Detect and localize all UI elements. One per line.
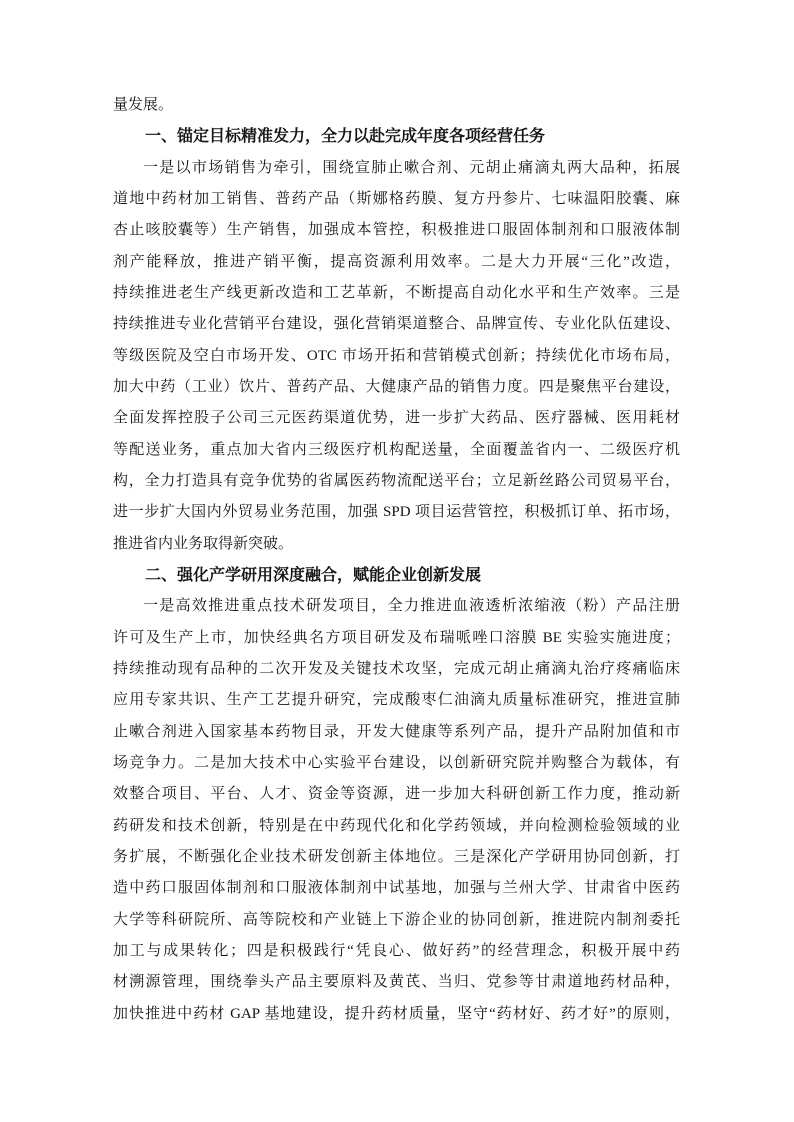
text-line: 构，全力打造具有竞争优势的省属医药物流配送平台；立足新丝路公司贸易平台， [113,466,680,497]
text-line: 止嗽合剂进入国家基本药物目录，开发大健康等系列产品，提升产品附加值和市 [113,717,680,748]
text-line: 推进省内业务取得新突破。 [113,529,680,560]
text-line: 全面发挥控股子公司三元医药渠道优势，进一步扩大药品、医疗器械、医用耗材 [113,403,680,434]
text-line: 效整合项目、平台、人才、资金等资源，进一步加大科研创新工作力度，推动新 [113,779,680,810]
text-line: 造中药口服固体制剂和口服液体制剂中试基地，加强与兰州大学、甘肃省中医药 [113,873,680,904]
section-heading-1: 一、锚定目标精准发力，全力以赴完成年度各项经营任务 [113,121,680,152]
text-line: 持续推动现有品种的二次开发及关键技术攻坚，完成元胡止痛滴丸治疗疼痛临床 [113,654,680,685]
text-line: 材溯源管理，围绕拳头产品主要原料及黄芪、当归、党参等甘肃道地药材品种， [113,967,680,998]
text-line: 大学等科研院所、高等院校和产业链上下游企业的协同创新，推进院内制剂委托 [113,905,680,936]
text-line: 应用专家共识、生产工艺提升研究，完成酸枣仁油滴丸质量标准研究，推进宣肺 [113,685,680,716]
text-line: 许可及生产上市，加快经典名方项目研发及布瑞哌唑口溶膜 BE 实验实施进度； [113,623,680,654]
text-line: 等配送业务，重点加大省内三级医疗机构配送量，全面覆盖省内一、二级医疗机 [113,435,680,466]
text-line: 持续推进专业化营销平台建设，强化营销渠道整合、品牌宣传、专业化队伍建设、 [113,309,680,340]
text-line: 场竞争力。二是加大技术中心实验平台建设，以创新研究院并购整合为载体，有 [113,748,680,779]
text-line: 加工与成果转化；四是积极践行“凭良心、做好药”的经营理念，积极开展中药 [113,936,680,967]
text-line: 量发展。 [113,90,680,121]
document-page: 量发展。 一、锚定目标精准发力，全力以赴完成年度各项经营任务 一是以市场销售为牵… [0,0,794,1122]
text-line: 杏止咳胶囊等）生产销售，加强成本管控，积极推进口服固体制剂和口服液体制 [113,215,680,246]
text-line: 加快推进中药材 GAP 基地建设，提升药材质量，坚守“药材好、药才好”的原则， [113,999,680,1030]
section-heading-2: 二、强化产学研用深度融合，赋能企业创新发展 [113,560,680,591]
text-line: 务扩展，不断强化企业技术研发创新主体地位。三是深化产学研用协同创新，打 [113,842,680,873]
text-line: 一是以市场销售为牵引，围绕宣肺止嗽合剂、元胡止痛滴丸两大品种，拓展 [113,153,680,184]
text-line: 一是高效推进重点技术研发项目，全力推进血液透析浓缩液（粉）产品注册 [113,591,680,622]
text-line: 道地中药材加工销售、普药产品（斯娜格药膜、复方丹参片、七味温阳胶囊、麻 [113,184,680,215]
text-line: 持续推进老生产线更新改造和工艺革新，不断提高自动化水平和生产效率。三是 [113,278,680,309]
text-line: 加大中药（工业）饮片、普药产品、大健康产品的销售力度。四是聚焦平台建设， [113,372,680,403]
text-line: 等级医院及空白市场开发、OTC 市场开拓和营销模式创新；持续优化市场布局， [113,341,680,372]
text-line: 药研发和技术创新，特别是在中药现代化和化学药领域，并向检测检验领域的业 [113,811,680,842]
text-line: 剂产能释放，推进产销平衡，提高资源利用效率。二是大力开展“三化”改造， [113,247,680,278]
text-line: 进一步扩大国内外贸易业务范围，加强 SPD 项目运营管控，积极抓订单、拓市场， [113,497,680,528]
